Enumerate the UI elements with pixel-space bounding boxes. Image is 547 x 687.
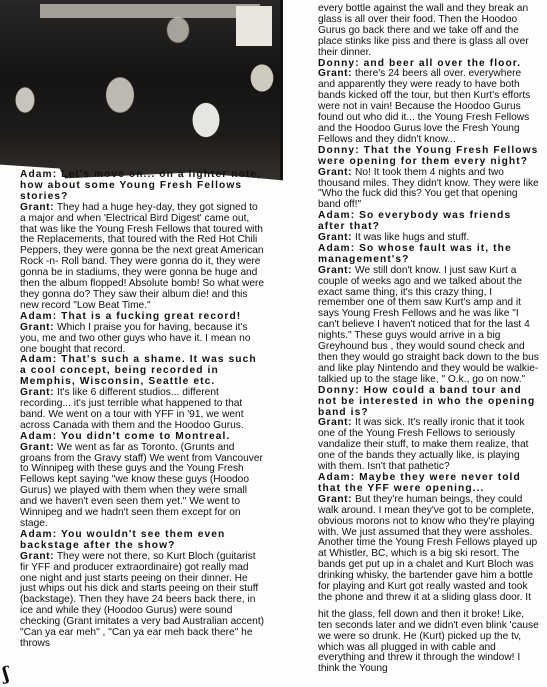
entry-text: We still don't know. I just saw Kurt a c… [318, 265, 539, 385]
interview-entry: Grant: It was sick. It's really ironic t… [318, 418, 540, 473]
speaker-label: Grant: [318, 417, 352, 428]
entry-text: They were not there, so Kurt Bloch (guit… [20, 551, 264, 649]
speaker-label: Donny: [318, 145, 360, 156]
entry-text: It's like 6 different studios... differe… [20, 387, 244, 431]
speaker-label: Adam: [318, 210, 355, 221]
speaker-label: Adam: [20, 529, 57, 540]
interview-entry: Adam: Maybe they were never told that th… [318, 473, 540, 495]
interview-entry: hit the glass, fell down and then it bro… [318, 610, 540, 675]
entry-text: It was like hugs and stuff. [355, 232, 469, 243]
speaker-label: Grant: [318, 494, 352, 505]
interview-entry: Grant: But they're human beings, they co… [318, 495, 540, 604]
interview-entry: Grant: Which I praise you for having, be… [20, 323, 266, 356]
speaker-label: Grant: [20, 387, 54, 398]
speaker-label: Grant: [20, 322, 54, 333]
interview-entry: Grant: They were not there, so Kurt Bloc… [20, 552, 266, 650]
entry-text: hit the glass, fell down and then it bro… [318, 609, 539, 675]
entry-text: and beer all over the floor. [364, 58, 522, 69]
right-column: every bottle against the wall and they b… [318, 4, 540, 675]
interview-entry: Adam: So everybody was friends after tha… [318, 211, 540, 233]
interview-entry: Grant: We went as far as Toronto. (Grunt… [20, 443, 266, 530]
entry-text: We went as far as Toronto. (Grunts and g… [20, 442, 263, 529]
magazine-page: Adam: Let's move on... on a lighter note… [0, 0, 547, 687]
entry-text: They had a huge hey-day, they got signed… [20, 202, 264, 311]
speaker-label: Adam: [20, 354, 57, 365]
interview-entry: Adam: So whose fault was it, the managem… [318, 244, 540, 266]
interview-entry: Adam: That's such a shame. It was such a… [20, 355, 266, 388]
speaker-label: Grant: [20, 202, 54, 213]
interview-entry: Grant: We still don't know. I just saw K… [318, 266, 540, 386]
speaker-label: Donny: [318, 385, 360, 396]
speaker-label: Grant: [20, 442, 54, 453]
photo-sign [236, 6, 272, 46]
interview-entry: Donny: How could a band tour and not be … [318, 386, 540, 419]
interview-entry: Donny: That the Young Fresh Fellows were… [318, 146, 540, 168]
interview-entry: Grant: there's 24 beers all over. everyw… [318, 69, 540, 145]
entry-text: every bottle against the wall and they b… [318, 3, 529, 58]
entry-text: Let's move on... on a lighter note, how … [20, 169, 261, 202]
speaker-label: Donny: [318, 58, 360, 69]
entry-text: But they're human beings, they could wal… [318, 494, 537, 603]
speaker-label: Adam: [20, 311, 57, 322]
interview-entry: every bottle against the wall and they b… [318, 4, 540, 59]
speaker-label: Adam: [318, 472, 355, 483]
interview-entry: Grant: No! It took them 4 nights and two… [318, 168, 540, 212]
speaker-label: Grant: [20, 551, 54, 562]
speaker-label: Adam: [20, 169, 57, 180]
interview-entry: Adam: You wouldn't see them even backsta… [20, 530, 266, 552]
left-column: Adam: Let's move on... on a lighter note… [20, 170, 266, 650]
speaker-label: Grant: [318, 167, 352, 178]
speaker-label: Grant: [318, 68, 352, 79]
speaker-label: Adam: [318, 243, 355, 254]
entry-text: Which I praise you for having, because i… [20, 322, 250, 355]
speaker-label: Adam: [20, 431, 57, 442]
photo-banner [40, 4, 260, 18]
entry-text: That is a fucking great record! [61, 311, 241, 322]
speaker-label: Grant: [318, 232, 352, 243]
interview-entry: Adam: Let's move on... on a lighter note… [20, 170, 266, 203]
speaker-label: Grant: [318, 265, 352, 276]
entry-text: there's 24 beers all over. everywhere an… [318, 68, 530, 144]
entry-text: No! It took them 4 nights and two thousa… [318, 167, 539, 211]
entry-text: You didn't come to Montreal. [61, 431, 230, 442]
interview-entry: Grant: It's like 6 different studios... … [20, 388, 266, 432]
interview-entry: Grant: They had a huge hey-day, they got… [20, 203, 266, 312]
handwritten-mark-icon: ʃ [2, 662, 19, 686]
band-photo [0, 0, 283, 196]
